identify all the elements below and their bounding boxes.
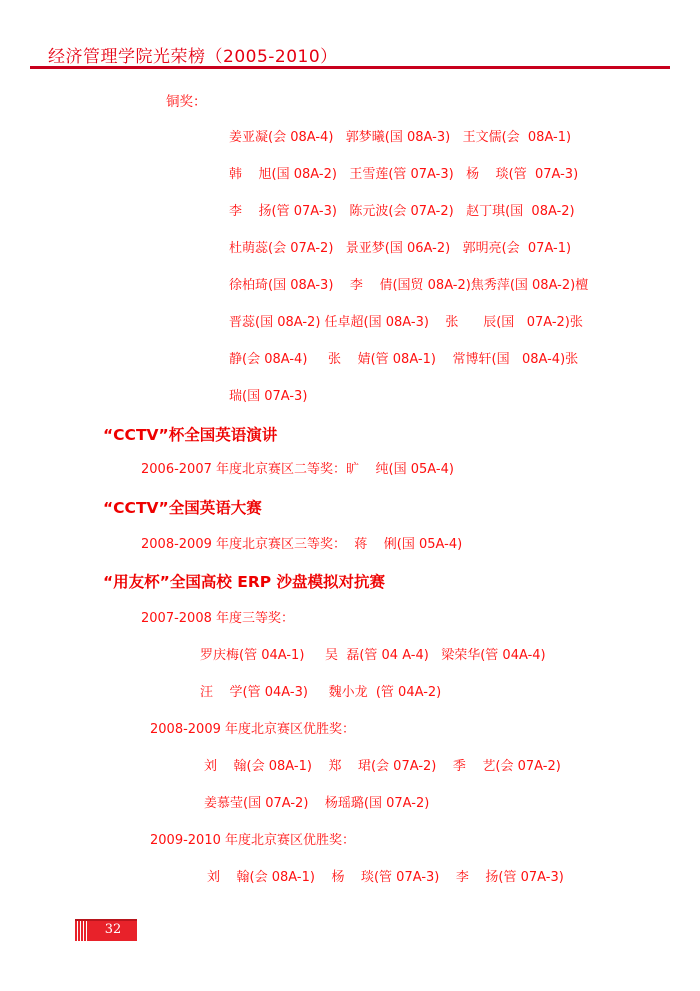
section-title: “用友杯”全国高校 ERP 沙盘模拟对抗赛 xyxy=(103,573,385,591)
page-number: 32 xyxy=(89,922,137,937)
section-title: “CCTV”全国英语大赛 xyxy=(103,499,262,517)
badge-top-border xyxy=(75,919,137,921)
header-rule xyxy=(30,66,670,69)
list-item: 姜亚凝(会 08A-4) 郭梦曦(国 08A-3) 王文儒(会 08A-1) xyxy=(229,130,571,146)
award-year-label: 2008-2009 年度北京赛区优胜奖： xyxy=(150,722,355,738)
list-item: 瑞(国 07A-3) xyxy=(229,389,307,405)
list-item: 刘 翰(会 08A-1) 杨 琰(管 07A-3) 李 扬(管 07A-3) xyxy=(207,870,564,886)
list-item: 韩 旭(国 08A-2) 王雪莲(管 07A-3) 杨 琰(管 07A-3) xyxy=(229,167,578,183)
stripe-decoration xyxy=(75,919,89,941)
award-line: 2008-2009 年度北京赛区三等奖： 蒋 俐(国 05A-4) xyxy=(141,537,462,553)
list-item: 汪 学(管 04A-3) 魏小龙 (管 04A-2) xyxy=(200,685,441,701)
header-title: 经济管理学院光荣榜（2005-2010） xyxy=(48,42,338,67)
list-item: 刘 翰(会 08A-1) 郑 珺(会 07A-2) 季 艺(会 07A-2) xyxy=(204,759,561,775)
list-item: 罗庆梅(管 04A-1) 吴 磊(管 04 A-4) 梁荣华(管 04A-4) xyxy=(200,648,546,664)
list-item: 李 扬(管 07A-3) 陈元波(会 07A-2) 赵丁琪(国 08A-2) xyxy=(229,204,575,220)
award-year-label: 2009-2010 年度北京赛区优胜奖： xyxy=(150,833,355,849)
page-number-badge: 32 xyxy=(75,919,137,941)
list-item: 姜慕莹(国 07A-2) 杨瑶璐(国 07A-2) xyxy=(204,796,429,812)
list-item: 杜萌蕊(会 07A-2) 景亚梦(国 06A-2) 郭明亮(会 07A-1) xyxy=(229,241,571,257)
list-item: 静(会 08A-4) 张 婧(管 08A-1) 常博轩(国 08A-4)张 xyxy=(229,352,578,368)
award-line: 2006-2007 年度北京赛区二等奖：旷 纯(国 05A-4) xyxy=(141,462,454,478)
list-item: 晋蕊(国 08A-2) 任卓超(国 08A-3) 张 辰(国 07A-2)张 xyxy=(229,315,583,331)
award-year-label: 2007-2008 年度三等奖： xyxy=(141,611,294,627)
bronze-award-label: 铜奖： xyxy=(166,94,207,110)
section-title: “CCTV”杯全国英语演讲 xyxy=(103,426,277,444)
list-item: 徐柏琦(国 08A-3) 李 倩(国贸 08A-2)焦秀萍(国 08A-2)檀 xyxy=(229,278,588,294)
